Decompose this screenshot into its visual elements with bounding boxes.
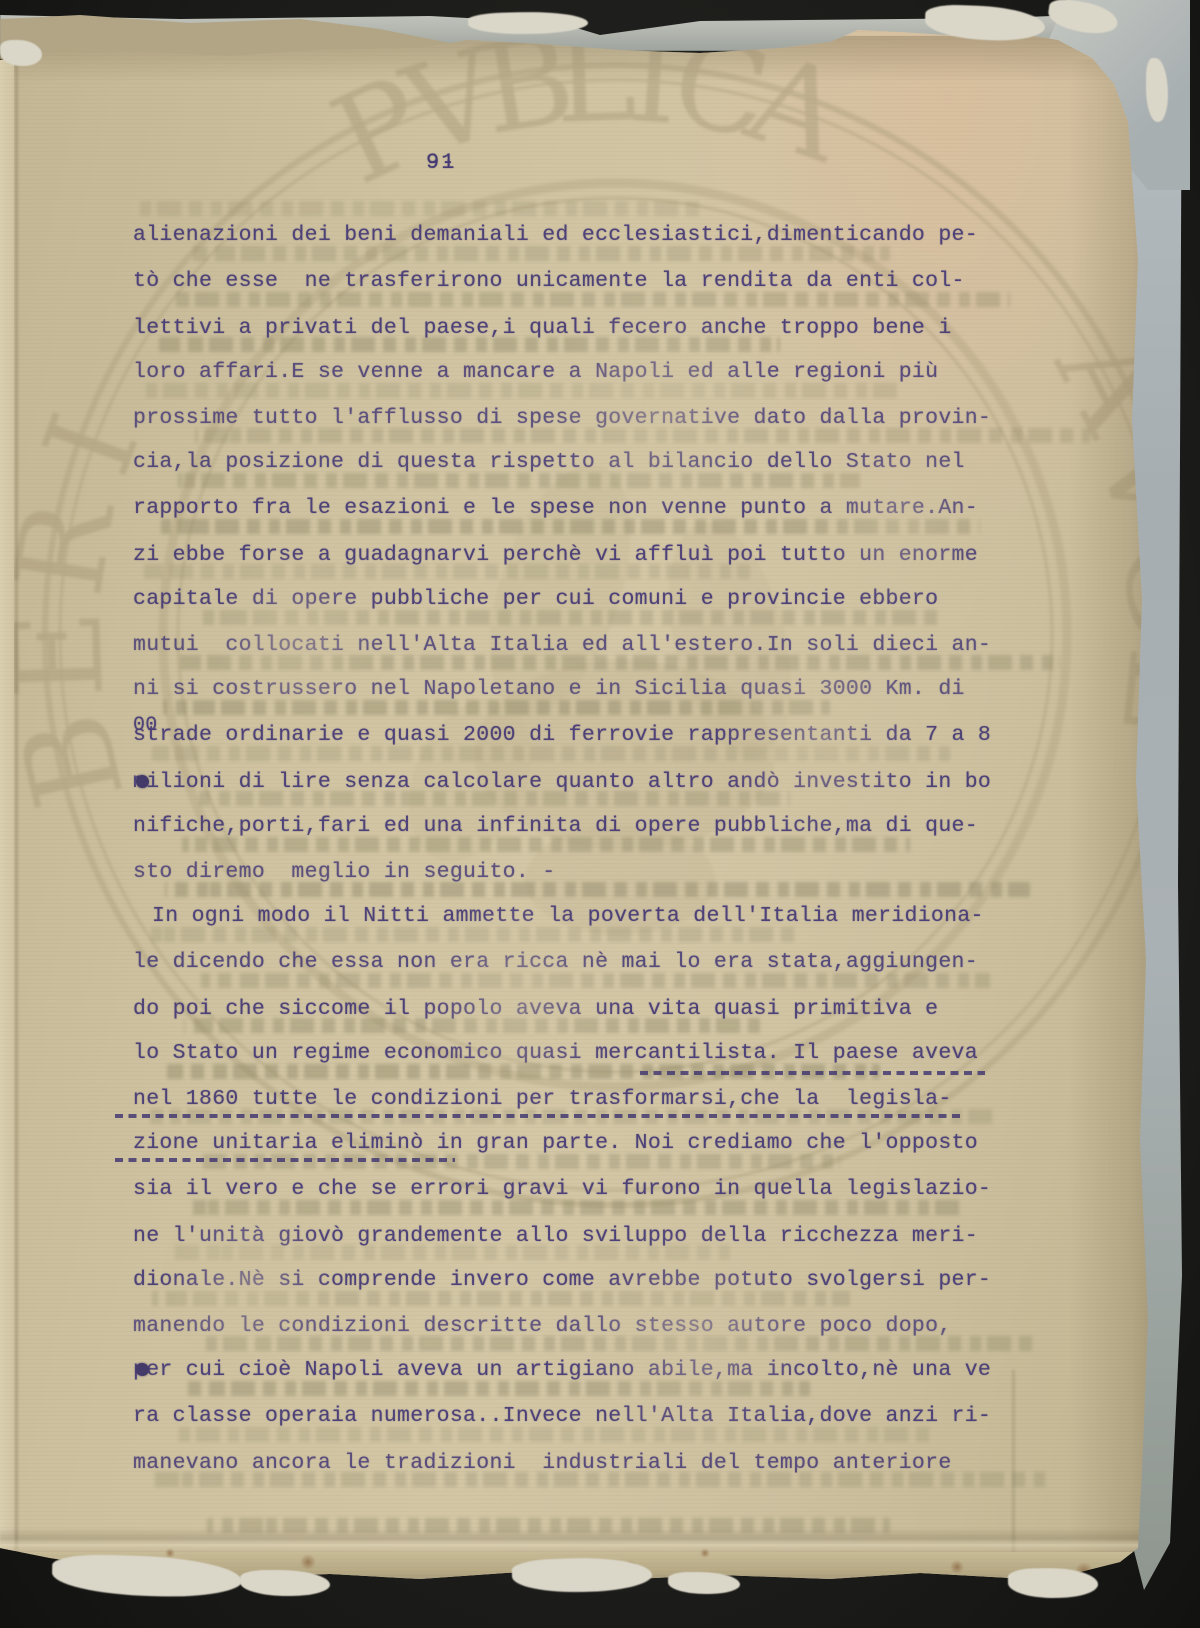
bleedthrough-line <box>171 1427 930 1442</box>
torn-paper-bit <box>0 40 42 66</box>
bleedthrough-line <box>197 610 940 625</box>
torn-paper-bit <box>240 1570 330 1596</box>
book-scan: PVBLICAAVGEIREB -199- alienazioni dei be… <box>0 0 1200 1628</box>
bottom-fold-crease <box>0 1528 1150 1554</box>
seal-letter: P <box>312 48 446 211</box>
fade-patch <box>540 290 780 530</box>
bleedthrough-line <box>199 791 790 806</box>
bleedthrough-line <box>148 927 800 942</box>
stain <box>300 1554 316 1570</box>
document-page: PVBLICAAVGEIREB -199- alienazioni dei be… <box>0 0 1158 1612</box>
seal-letter: E <box>0 607 131 701</box>
fade-patch <box>580 1220 820 1460</box>
fade-patch <box>715 635 925 845</box>
bleedthrough-line <box>205 1336 1040 1351</box>
bleedthrough-line <box>186 1200 960 1215</box>
raised-characters: 00 <box>133 714 158 737</box>
typed-line: milioni di lire senza calcolare quanto a… <box>0 770 1158 794</box>
library-seal-watermark: PVBLICAAVGEIREB <box>0 0 1200 1628</box>
stain <box>950 1560 964 1574</box>
bleedthrough-line <box>201 973 990 988</box>
bleedthrough-line <box>154 1472 1050 1487</box>
left-crease <box>15 60 18 1550</box>
torn-paper-bit <box>668 1572 740 1594</box>
right-crease <box>1012 1370 1015 1565</box>
bleedthrough-line <box>165 882 1030 897</box>
bleedthrough-line <box>184 1018 760 1033</box>
ink-blot <box>136 775 149 788</box>
bleedthrough-line <box>203 1154 840 1169</box>
fade-patch <box>410 890 630 1110</box>
page-number-part: -1 <box>426 150 456 175</box>
bleedthrough-line <box>188 1381 810 1396</box>
bleedthrough-line <box>182 837 910 852</box>
bleedthrough-line <box>167 1064 880 1079</box>
bleedthrough-line <box>146 746 950 761</box>
typed-dashed-underline <box>640 1071 985 1075</box>
page-number-part-faded: 9 <box>426 150 441 175</box>
bleedthrough-line <box>150 1109 1000 1124</box>
bleedthrough-line <box>176 292 1010 307</box>
fade-patch <box>160 1190 340 1370</box>
bleedthrough-line <box>159 337 780 352</box>
fade-patch <box>210 550 390 730</box>
seal-letter: I <box>17 398 167 492</box>
typed-dashed-underline <box>115 1158 455 1162</box>
bleedthrough-line <box>178 473 860 488</box>
seal-letter: A <box>731 27 863 191</box>
typed-dashed-underline <box>115 1114 963 1118</box>
typed-line: strade ordinarie e quasi 2000 di ferrovi… <box>0 723 1158 747</box>
bleedthrough-line <box>169 1245 730 1260</box>
bleedthrough-line <box>193 246 890 261</box>
ink-blot <box>136 1363 149 1376</box>
bleedthrough-line <box>195 428 1090 443</box>
bleedthrough-line <box>144 564 750 579</box>
typed-line: per cui cioè Napoli aveva un artigiano a… <box>0 1358 1158 1382</box>
bleedthrough-line <box>152 1291 850 1306</box>
page-number-part: 9- <box>426 150 456 175</box>
stain <box>700 1548 710 1558</box>
stain <box>165 1548 175 1558</box>
torn-paper-bit <box>1008 1567 1099 1599</box>
fade-patch <box>805 425 995 615</box>
page-left-edge <box>0 50 14 1560</box>
bleedthrough-line <box>207 1518 890 1533</box>
seal-letter: B <box>0 701 152 820</box>
bleedthrough-line <box>163 700 830 715</box>
bleedthrough-line <box>142 383 900 398</box>
seal-letter: R <box>0 488 143 604</box>
bleedthrough-line <box>161 519 980 534</box>
bleedthrough-line <box>140 201 700 216</box>
bleedthrough-line <box>180 655 1060 670</box>
